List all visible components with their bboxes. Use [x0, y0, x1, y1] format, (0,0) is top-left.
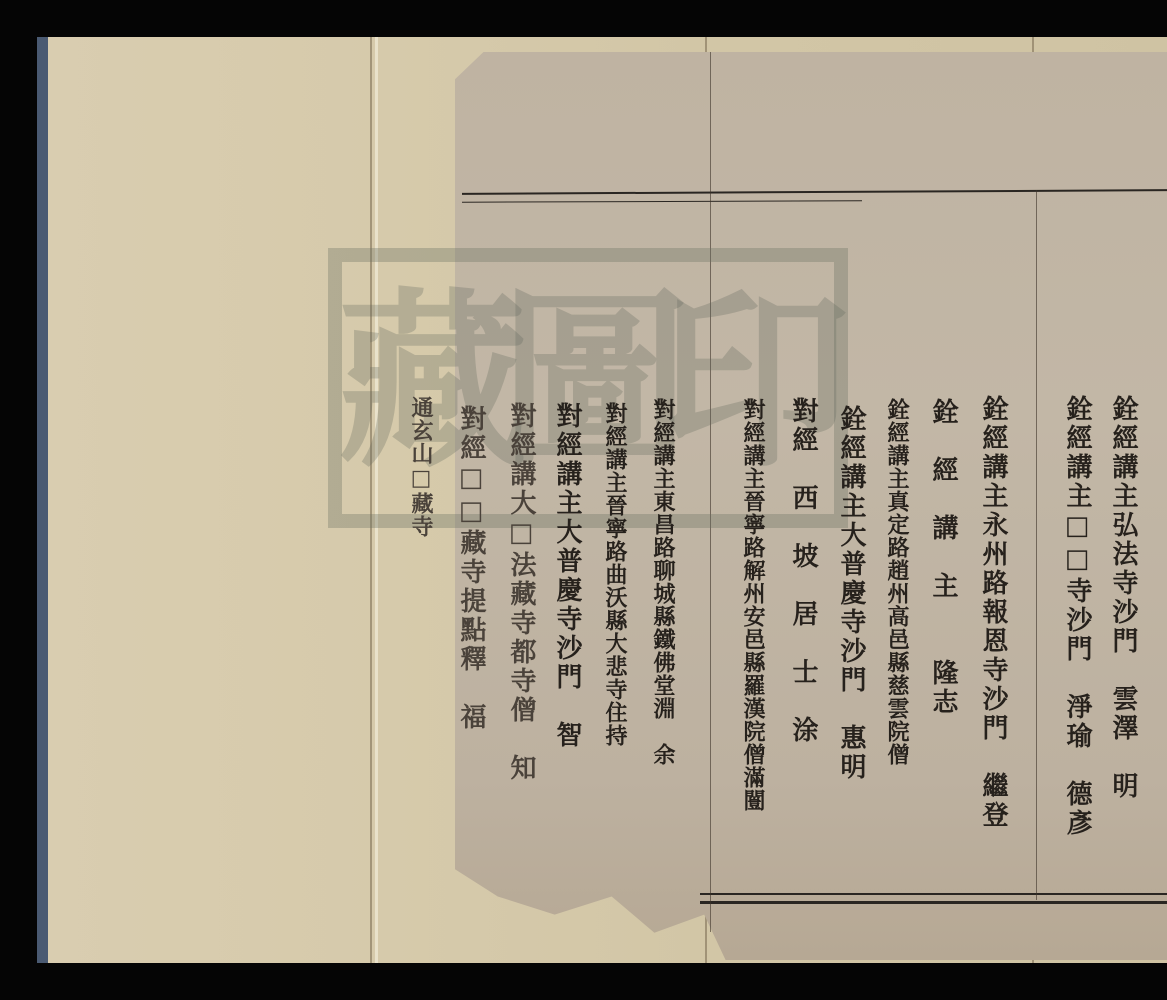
text-column: 銓經講主大普慶寺沙門 惠明 — [836, 405, 866, 782]
text-column: 對經 西 坡 居 士 涂 — [788, 397, 818, 745]
text-column: 銓經講主弘法寺沙門 雲澤 明 — [1108, 395, 1138, 801]
text-column: 通玄山□藏寺 — [406, 396, 436, 538]
column-divider — [1036, 190, 1037, 900]
text-column: 對經講主大普慶寺沙門 智 — [552, 402, 582, 750]
text-column: 銓經講主真定路趙州高邑縣慈雲院僧 — [882, 398, 912, 766]
text-column: 銓經講主□□寺沙門 淨瑜 德彥 — [1062, 395, 1092, 838]
text-column: 對經□□藏寺提點釋 福 — [456, 405, 486, 732]
text-column: 銓經講主永州路報恩寺沙門 繼登 — [978, 395, 1008, 830]
text-column: 銓 經 講 主 隆志 — [928, 398, 958, 717]
bottom-border-rule — [700, 893, 1167, 895]
text-column: 對經講主晉寧路解州安邑縣羅漢院僧滿闓 — [738, 398, 768, 812]
text-column: 對經講主東昌路聊城縣鐵佛堂淵 余 — [648, 398, 678, 766]
bottom-border-rule-thick — [700, 901, 1167, 904]
text-column: 對經講主晉寧路曲沃縣大悲寺住持 — [600, 402, 630, 747]
text-column: 對經講大□法藏寺都寺僧 知 — [506, 402, 536, 783]
